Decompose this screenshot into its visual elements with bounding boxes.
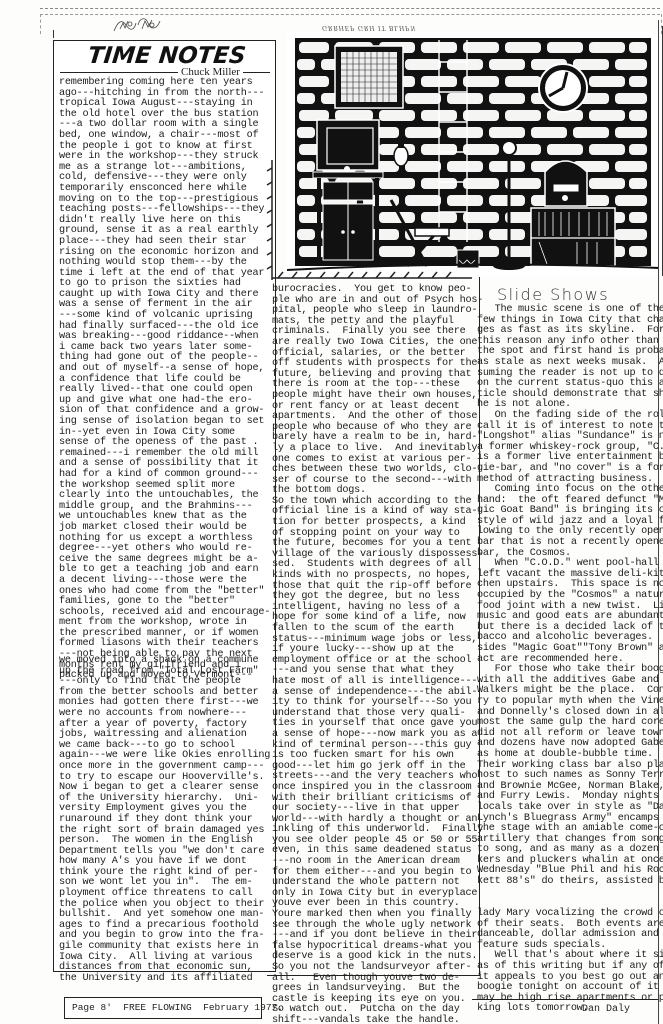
wall-clock xyxy=(539,64,587,112)
woodcut-illustration xyxy=(287,32,659,277)
edge-mark xyxy=(53,30,54,38)
television xyxy=(317,120,379,172)
radio xyxy=(545,161,587,206)
flourish-ornament-icon xyxy=(112,15,162,35)
author-signature: Dan Daly xyxy=(582,1004,630,1015)
slide-shows-body-part1: The music scene is one of the few things… xyxy=(477,305,663,888)
newspaper-page: GRRHEP GRH IT BLHPN TIME NOTES Chuck Mil… xyxy=(0,0,663,1024)
bookshelf xyxy=(531,208,615,266)
page-right-edge xyxy=(658,20,659,1024)
top-dashed-rule xyxy=(40,8,660,9)
time-notes-continued-body: burocracies. You get to know peo- ple wh… xyxy=(272,285,483,1024)
page-footer: Page 8' FREE FLOWING February 1977. xyxy=(72,1002,283,1013)
speaker-cabinet xyxy=(335,46,403,108)
tv-stand-cabinet xyxy=(313,172,383,266)
time-notes-body-part2: we moved into a shack on a commune up th… xyxy=(59,656,270,984)
slide-shows-title: Slide Shows xyxy=(497,285,609,304)
tick-border-ornament xyxy=(236,160,276,282)
slide-shows-body-part2: lady Mary vocalizing the crowd out of th… xyxy=(477,909,663,1015)
